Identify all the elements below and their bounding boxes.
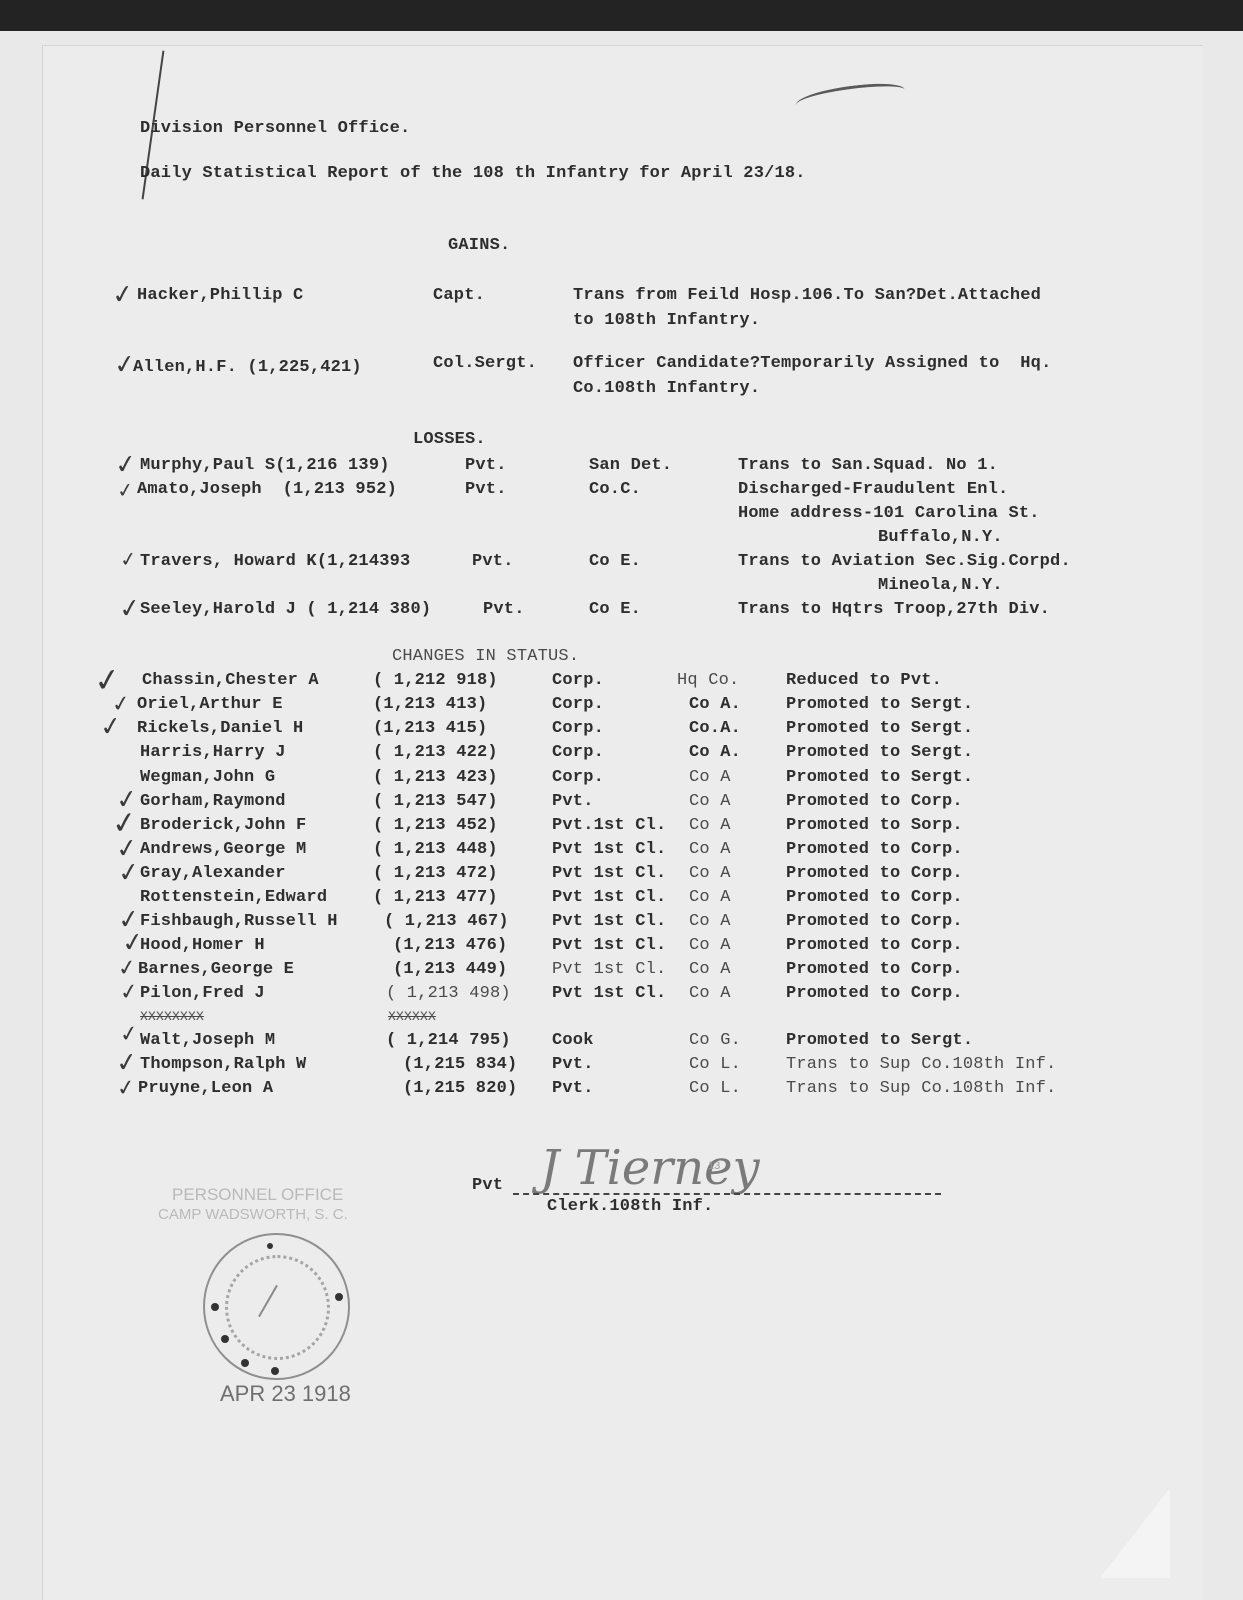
status-rank: Corp.: [552, 768, 604, 788]
office-heading: Division Personnel Office.: [140, 119, 410, 139]
gain-name: Hacker,Phillip C: [137, 286, 303, 306]
loss-name: Travers, Howard K(1,214393: [140, 552, 410, 572]
page-corner-fold: [1100, 1488, 1170, 1578]
status-remark: Promoted to Sorp.: [786, 816, 963, 836]
loss-remark-cont: Mineola,N.Y.: [878, 576, 1003, 596]
clock-stamp-icon: [203, 1233, 350, 1380]
gain-name: Allen,H.F. (1,225,421): [133, 358, 362, 378]
status-name: Wegman,John G: [140, 768, 275, 788]
loss-rank: Pvt.: [483, 600, 525, 620]
status-number: (1,213 413): [373, 695, 487, 715]
loss-unit: San Det.: [589, 456, 672, 476]
loss-remark: Discharged-Fraudulent Enl.: [738, 480, 1008, 500]
report-title: Daily Statistical Report of the 108 th I…: [140, 164, 806, 184]
status-remark: Promoted to Sergt.: [786, 743, 973, 763]
status-unit: Co A: [689, 936, 731, 956]
loss-remark-cont: Home address-101 Carolina St.: [738, 504, 1040, 524]
status-number: ( 1,213 452): [373, 816, 498, 836]
status-rank: Corp.: [552, 671, 604, 691]
status-name: Rottenstein,Edward: [140, 888, 327, 908]
status-remark: Promoted to Sergt.: [786, 695, 973, 715]
status-rank: Pvt 1st Cl.: [552, 936, 666, 956]
status-number: ( 1,213 472): [373, 864, 498, 884]
status-name: Hood,Homer H: [140, 936, 265, 956]
loss-rank: Pvt.: [465, 456, 507, 476]
scan-top-border: [0, 0, 1243, 31]
status-number: ( 1,213 423): [373, 768, 498, 788]
check-mark-icon: ✓: [98, 713, 123, 742]
changes-heading: CHANGES IN STATUS.: [392, 647, 579, 667]
status-rank: Pvt 1st Cl.: [552, 840, 666, 860]
status-number: ( 1,213 477): [373, 888, 498, 908]
status-rank: Pvt.: [552, 1055, 594, 1075]
status-number: ( 1,213 422): [373, 743, 498, 763]
status-unit: Co.A.: [689, 719, 741, 739]
loss-rank: Pvt.: [472, 552, 514, 572]
status-number: (1,213 415): [373, 719, 487, 739]
status-unit: Co A: [689, 768, 731, 788]
loss-name: Murphy,Paul S(1,216 139): [140, 456, 390, 476]
check-mark-icon: ✓: [92, 665, 122, 694]
gain-remark-cont: Co.108th Infantry.: [573, 379, 760, 399]
status-name: Thompson,Ralph W: [140, 1055, 306, 1075]
status-name: Harris,Harry J: [140, 743, 286, 763]
status-number: ( 1,213 498): [386, 984, 511, 1004]
status-rank: Pvt 1st Cl.: [552, 888, 666, 908]
gain-rank: Capt.: [433, 286, 485, 306]
status-unit: Co A: [689, 960, 731, 980]
status-remark: Promoted to Corp.: [786, 936, 963, 956]
status-remark: Promoted to Corp.: [786, 984, 963, 1004]
status-remark: Promoted to Sergt.: [786, 719, 973, 739]
status-remark: Reduced to Pvt.: [786, 671, 942, 691]
loss-name: Amato,Joseph (1,213 952): [137, 480, 397, 500]
status-remark: Promoted to Corp.: [786, 864, 963, 884]
status-unit: Co A: [689, 816, 731, 836]
loss-remark: Trans to Hqtrs Troop,27th Div.: [738, 600, 1050, 620]
status-unit: Co G.: [689, 1031, 741, 1051]
status-name: Pruyne,Leon A: [138, 1079, 273, 1099]
gains-heading: GAINS.: [448, 236, 510, 256]
loss-remark: Trans to San.Squad. No 1.: [738, 456, 998, 476]
status-unit: Co A.: [689, 743, 741, 763]
status-name: Pilon,Fred J: [140, 984, 265, 1004]
check-mark-icon: ✓: [113, 451, 138, 480]
status-unit: Co L.: [689, 1079, 741, 1099]
status-rank: Pvt.1st Cl.: [552, 816, 666, 836]
losses-heading: LOSSES.: [413, 430, 486, 450]
gain-remark: Trans from Feild Hosp.106.To San?Det.Att…: [573, 286, 1041, 306]
loss-unit: Co E.: [589, 600, 641, 620]
status-number: (1,213 476): [393, 936, 507, 956]
stamp-line-1: PERSONNEL OFFICE: [172, 1185, 343, 1205]
loss-rank: Pvt.: [465, 480, 507, 500]
status-remark: Trans to Sup Co.108th Inf.: [786, 1055, 1056, 1075]
status-rank: Pvt 1st Cl.: [552, 960, 666, 980]
status-rank: Corp.: [552, 719, 604, 739]
status-name: Broderick,John F: [140, 816, 306, 836]
status-name: Gray,Alexander: [140, 864, 286, 884]
check-mark-icon: ✓: [118, 1021, 140, 1049]
status-unit: Co A: [689, 912, 731, 932]
status-remark: Promoted to Sergt.: [786, 1031, 973, 1051]
signature-prefix: Pvt: [472, 1176, 503, 1196]
status-name: Rickels,Daniel H: [137, 719, 303, 739]
status-rank: Pvt.: [552, 1079, 594, 1099]
status-number: (1,215 820): [403, 1079, 517, 1099]
status-remark: Promoted to Corp.: [786, 840, 963, 860]
gain-remark: Officer Candidate?Temporarily Assigned t…: [573, 354, 1051, 374]
status-name: Chassin,Chester A: [142, 671, 319, 691]
status-unit: Co A: [689, 792, 731, 812]
loss-remark: Trans to Aviation Sec.Sig.Corpd.: [738, 552, 1071, 572]
status-number: ( 1,213 547): [373, 792, 498, 812]
signature-line: [513, 1193, 941, 1195]
status-number: ( 1,212 918): [373, 671, 498, 691]
check-mark-icon: ✓: [116, 859, 141, 888]
date-stamp: APR 23 1918: [220, 1381, 351, 1407]
status-name: Barnes,George E: [138, 960, 294, 980]
status-name: Walt,Joseph M: [140, 1031, 275, 1051]
status-rank: Pvt 1st Cl.: [552, 912, 666, 932]
status-rank: Cook: [552, 1031, 594, 1051]
handwritten-signature: J Tierney: [540, 1140, 760, 1196]
status-remark: Promoted to Corp.: [786, 960, 963, 980]
check-mark-icon: ✓: [114, 1049, 139, 1078]
status-unit: Co A: [689, 864, 731, 884]
status-number: (1,213 449): [393, 960, 507, 980]
status-remark: Promoted to Corp.: [786, 792, 963, 812]
status-number: ( 1,213 467): [384, 912, 509, 932]
status-rank: Corp.: [552, 743, 604, 763]
status-unit: Co A: [689, 840, 731, 860]
status-name: Oriel,Arthur E: [137, 695, 283, 715]
status-rank: Pvt 1st Cl.: [552, 864, 666, 884]
status-unit: Co A: [689, 984, 731, 1004]
status-name: Gorham,Raymond: [140, 792, 286, 812]
gain-rank: Col.Sergt.: [433, 354, 537, 374]
status-remark: Promoted to Sergt.: [786, 768, 973, 788]
status-number: ( 1,214 795): [386, 1031, 511, 1051]
status-rank: Pvt 1st Cl.: [552, 984, 666, 1004]
check-mark-icon: ✓: [115, 476, 135, 504]
status-unit: Co A.: [689, 695, 741, 715]
check-mark-icon: ✓: [118, 545, 138, 573]
status-remark: Promoted to Corp.: [786, 888, 963, 908]
signature-small-mark: 13: [708, 1160, 720, 1172]
status-number: ( 1,213 448): [373, 840, 498, 860]
loss-name: Seeley,Harold J ( 1,214 380): [140, 600, 431, 620]
check-mark-icon: ✓: [118, 979, 140, 1007]
status-number: (1,215 834): [403, 1055, 517, 1075]
status-name: Fishbaugh,Russell H: [140, 912, 338, 932]
loss-remark-cont: Buffalo,N.Y.: [878, 528, 1003, 548]
status-unit: Co A: [689, 888, 731, 908]
signature-title: Clerk.108th Inf.: [547, 1197, 713, 1217]
stamp-line-2: CAMP WADSWORTH, S. C.: [158, 1206, 348, 1223]
status-name: Andrews,George M: [140, 840, 306, 860]
status-rank: Corp.: [552, 695, 604, 715]
check-mark-icon: ✓: [115, 1075, 137, 1103]
loss-unit: Co.C.: [589, 480, 641, 500]
gain-remark-cont: to 108th Infantry.: [573, 311, 760, 331]
status-remark: Promoted to Corp.: [786, 912, 963, 932]
status-rank: Pvt.: [552, 792, 594, 812]
status-unit: Hq Co.: [677, 671, 739, 691]
status-unit: Co L.: [689, 1055, 741, 1075]
loss-unit: Co E.: [589, 552, 641, 572]
struck-out-number: XXXXXX: [388, 1007, 436, 1027]
check-mark-icon: ✓: [110, 281, 135, 310]
status-remark: Trans to Sup Co.108th Inf.: [786, 1079, 1056, 1099]
check-mark-icon: ✓: [117, 595, 142, 624]
struck-out-name: XXXXXXXX: [140, 1007, 204, 1027]
